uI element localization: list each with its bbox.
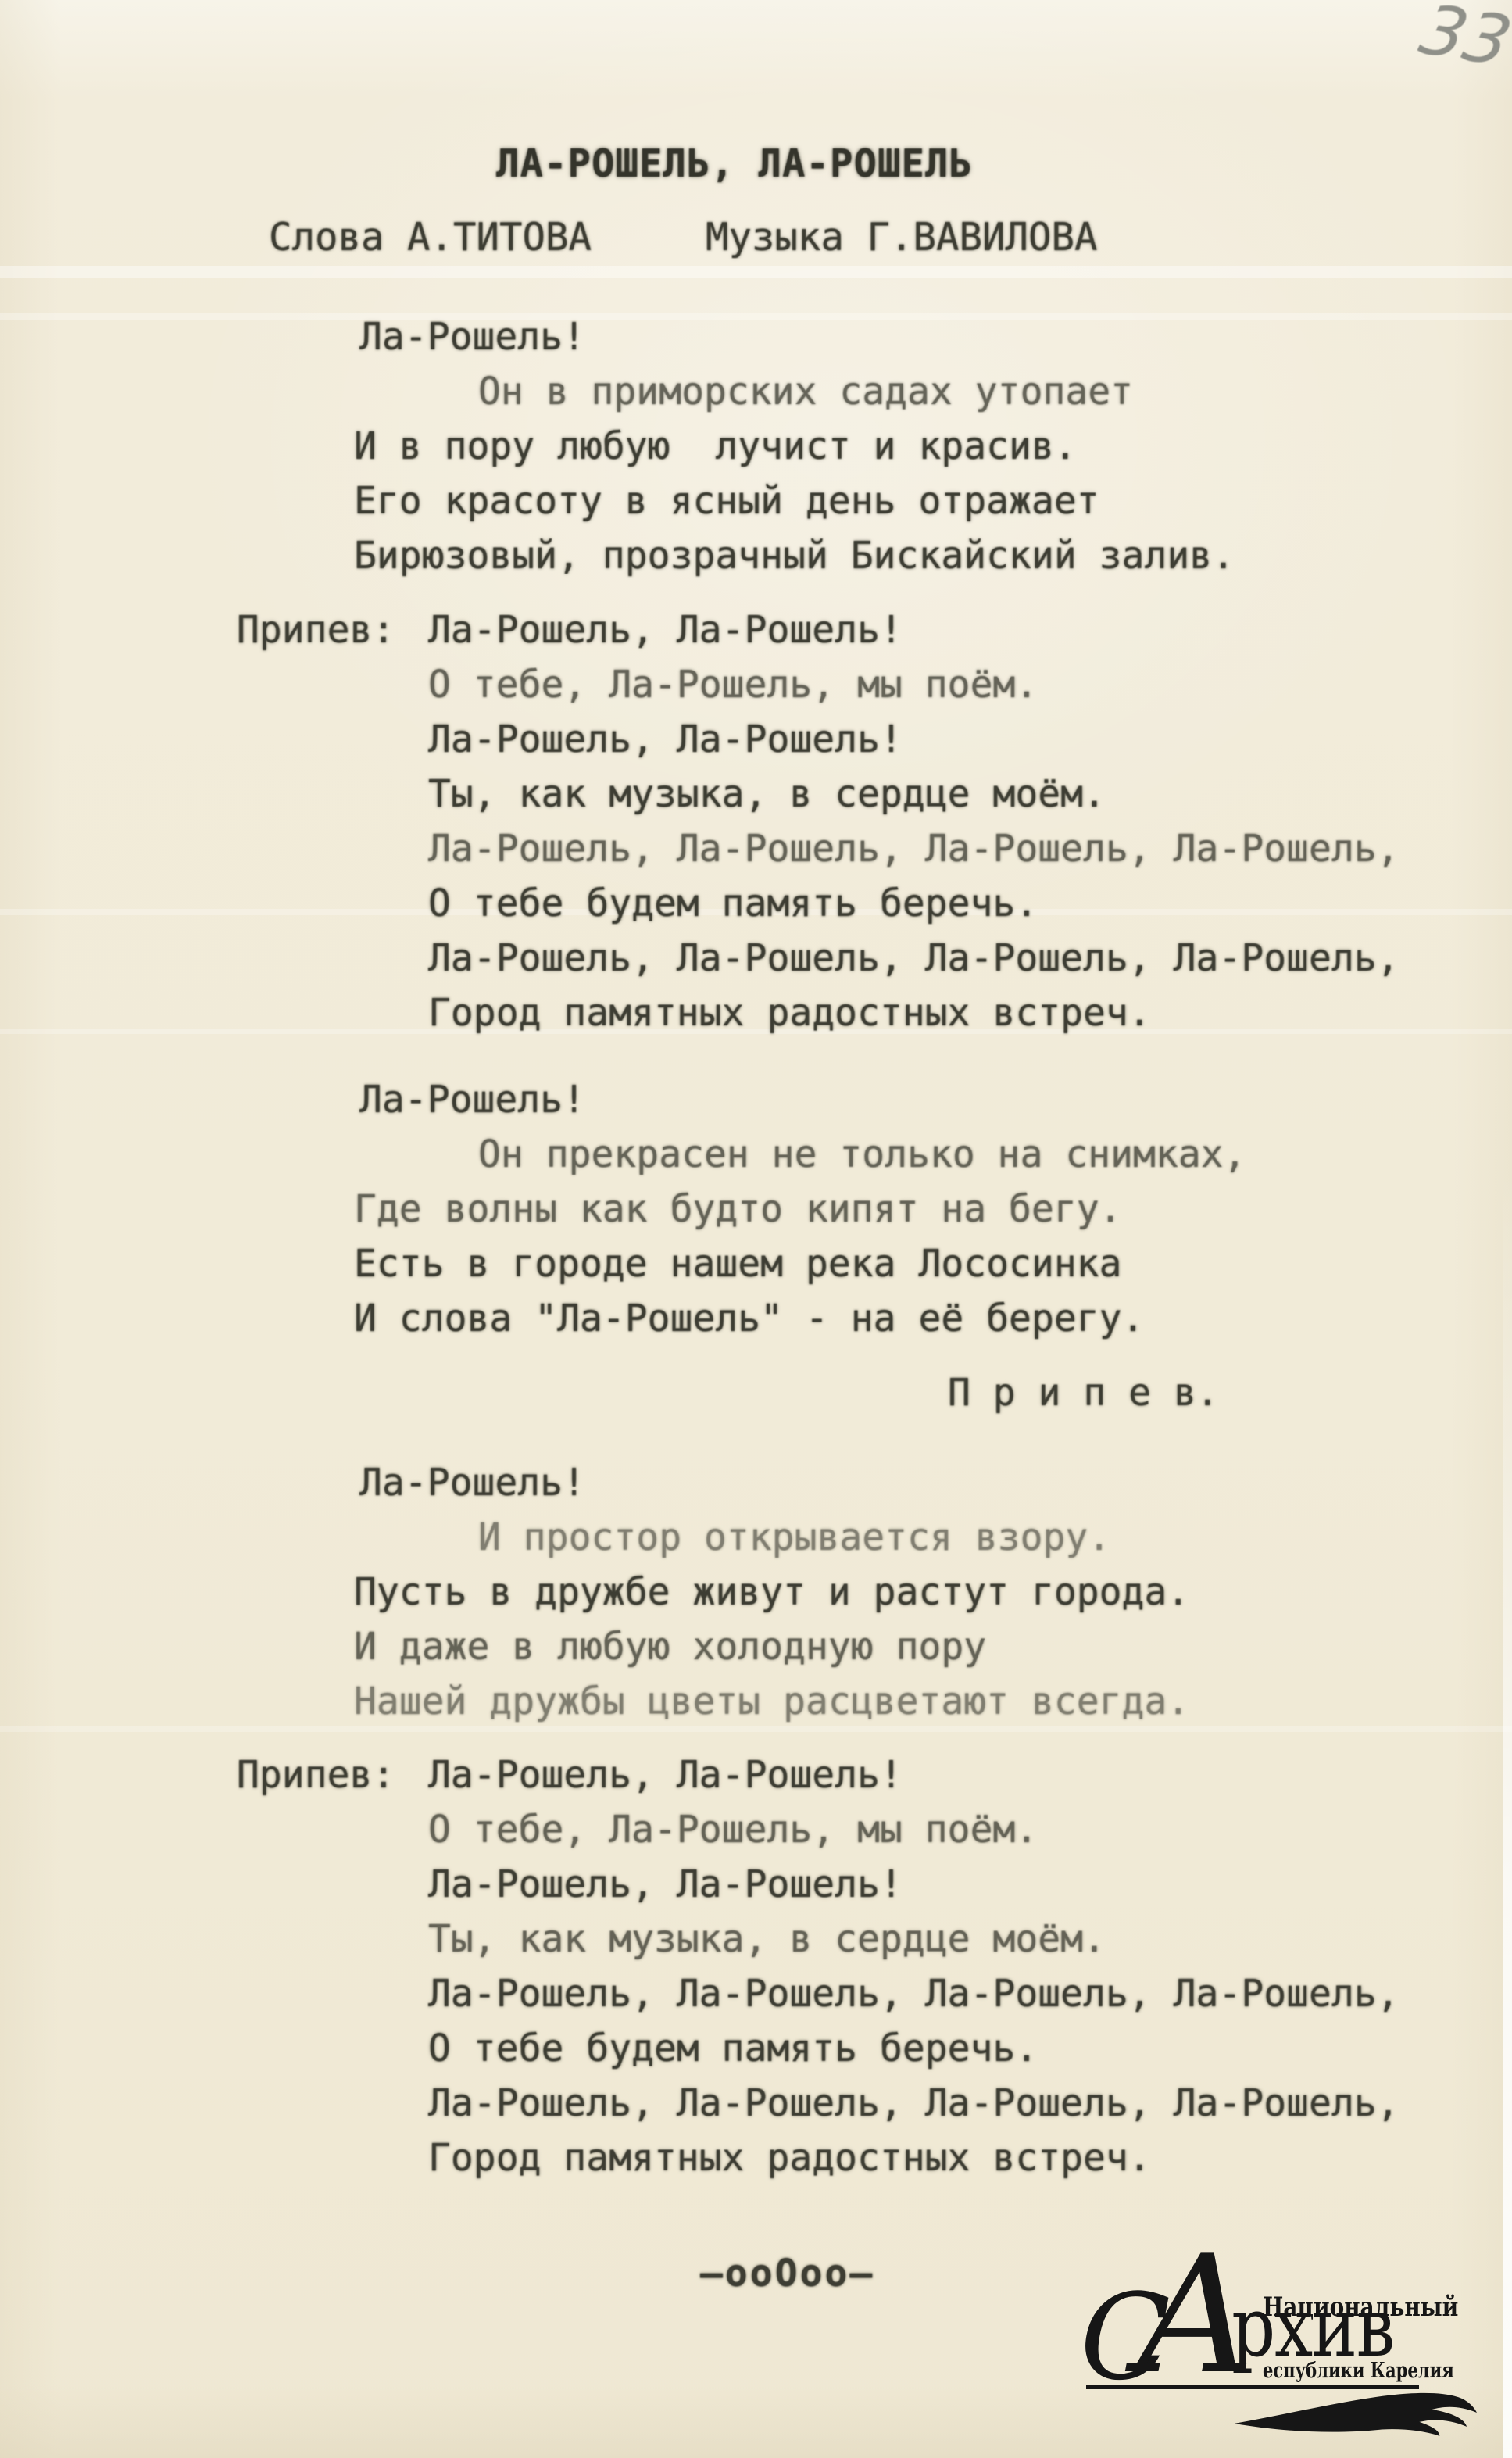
lyric-line: Нашей дружбы цветы расцветают всегда. (0, 1674, 1512, 1729)
lyric-line: О тебе, Ла-Рошель, мы поём. (0, 1802, 1512, 1857)
lyric-line: Ла-Рошель! (0, 1072, 1512, 1127)
verse-1: Ла-Рошель! Он в приморских садах утопает… (0, 309, 1512, 583)
lyric-line: Пусть в дружбе живут и растут города. (0, 1565, 1512, 1619)
credit-words: Слова А.ТИТОВА (269, 215, 592, 259)
quill-feather-icon (1231, 2388, 1480, 2439)
lyric-line: Бирюзовый, прозрачный Бискайский залив. (0, 528, 1512, 583)
archive-stamp: С А Национальный рхив еспублики Карелия (1078, 2239, 1512, 2458)
chorus-label: Припев: (237, 1748, 395, 1802)
chorus-label: Припев: (237, 603, 395, 657)
lyric-line: И даже в любую холодную пору (0, 1619, 1512, 1674)
lyric-line: Его красоту в ясный день отражает (0, 474, 1512, 528)
lyric-line: Он в приморских садах утопает (0, 364, 1512, 419)
lyric-line: Где волны как будто кипят на бегу. (0, 1182, 1512, 1236)
lyric-line: Ты, как музыка, в сердце моём. (0, 767, 1512, 821)
lyric-line: Ла-Рошель! (0, 309, 1512, 364)
lyric-line: Ла-Рошель! (0, 1455, 1512, 1510)
lyric-line: Ла-Рошель, Ла-Рошель, Ла-Рошель, Ла-Роше… (0, 931, 1512, 986)
lyric-line: Есть в городе нашем река Лососинка (0, 1236, 1512, 1291)
scan-streak (0, 266, 1512, 278)
stamp-word: рхив (1231, 2286, 1393, 2369)
lyric-line: Он прекрасен не только на снимках, (0, 1127, 1512, 1182)
credit-music: Музыка Г.ВАВИЛОВА (706, 215, 1098, 259)
refrain-note: П р и п е в. (948, 1365, 1219, 1420)
lyric-line: И в пору любую лучист и красив. (0, 419, 1512, 474)
verse-2: Ла-Рошель! Он прекрасен не только на сни… (0, 1072, 1512, 1346)
verse-3: Ла-Рошель! И простор открывается взору. … (0, 1455, 1512, 1729)
lyric-line: Ты, как музыка, в сердце моём. (0, 1912, 1512, 1966)
lyric-line: Ла-Рошель, Ла-Рошель! (0, 1857, 1512, 1912)
page-number: 33 (1414, 0, 1512, 76)
lyric-line: Ла-Рошель, Ла-Рошель, Ла-Рошель, Ла-Роше… (0, 821, 1512, 876)
lyric-line: О тебе будем память беречь. (0, 2021, 1512, 2076)
document-page: 33 ЛА-РОШЕЛЬ, ЛА-РОШЕЛЬ Слова А.ТИТОВА М… (0, 0, 1512, 2458)
lyric-line: Ла-Рошель, Ла-Рошель, Ла-Рошель, Ла-Роше… (0, 1966, 1512, 2021)
lyric-line: Ла-Рошель, Ла-Рошель! (0, 712, 1512, 767)
chorus-1: Припев: Ла-Рошель, Ла-Рошель! О тебе, Ла… (0, 603, 1512, 1040)
lyric-line: О тебе, Ла-Рошель, мы поём. (0, 657, 1512, 712)
song-title: ЛА-РОШЕЛЬ, ЛА-РОШЕЛЬ (496, 141, 973, 186)
chorus-2: Припев: Ла-Рошель, Ла-Рошель! О тебе, Ла… (0, 1748, 1512, 2185)
stamp-bottom-text: еспублики Карелия (1263, 2360, 1454, 2381)
lyric-line: Город памятных радостных встреч. (0, 986, 1512, 1040)
lyric-line: Ла-Рошель, Ла-Рошель, Ла-Рошель, Ла-Роше… (0, 2076, 1512, 2131)
end-divider: —ооОоо— (700, 2246, 874, 2301)
lyric-line: Город памятных радостных встреч. (0, 2131, 1512, 2185)
lyric-line: И слова "Ла-Рошель" - на её берегу. (0, 1291, 1512, 1346)
lyric-line: И простор открывается взору. (0, 1510, 1512, 1565)
lyric-line: Ла-Рошель, Ла-Рошель! (0, 1748, 1512, 1802)
lyric-line: О тебе будем память беречь. (0, 876, 1512, 931)
lyric-line: Ла-Рошель, Ла-Рошель! (0, 603, 1512, 657)
